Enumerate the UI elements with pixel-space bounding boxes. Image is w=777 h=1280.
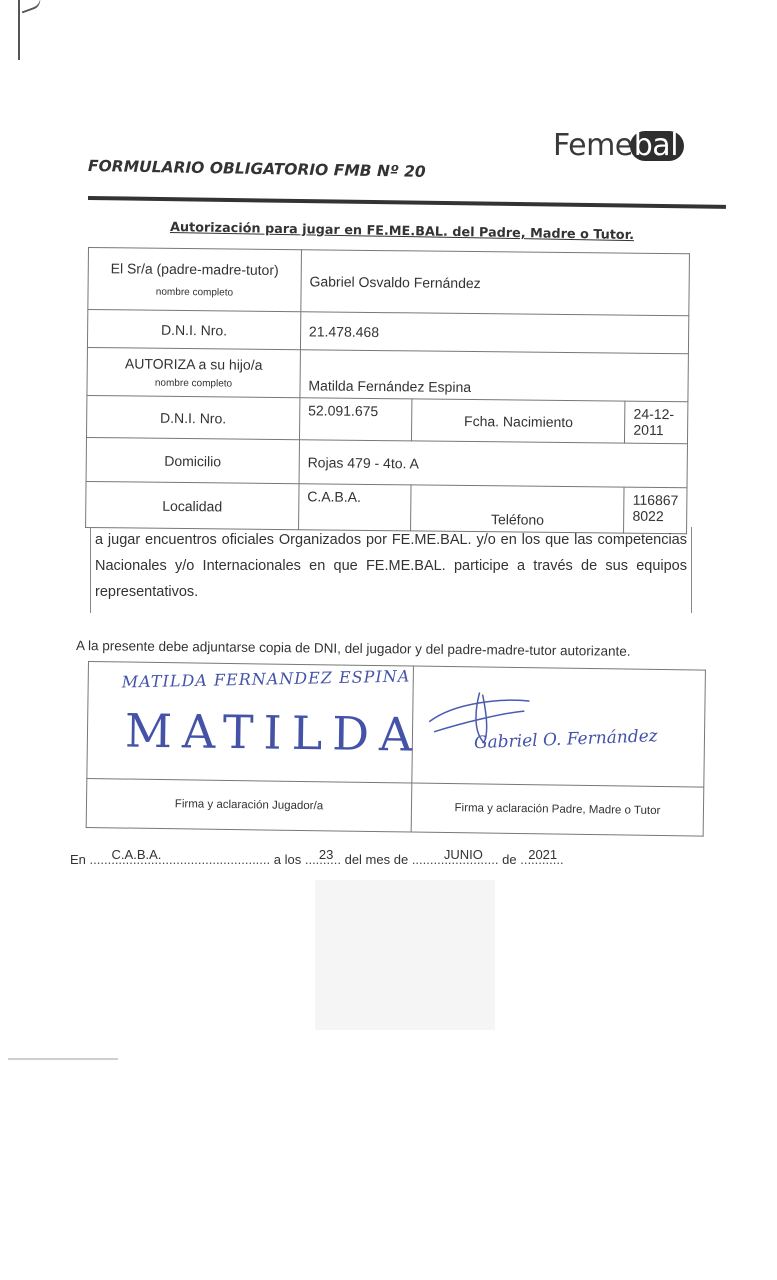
table-row: Localidad C.A.B.A. Teléfono 116867 8022 (86, 481, 687, 533)
player-signature-area: MATILDA FERNANDEZ ESPINA MATILDA (88, 663, 412, 781)
attachment-note: A la presente debe adjuntarse copia de D… (76, 638, 631, 659)
month-value: JUNIO (444, 847, 483, 862)
femebal-logo: Femebal (553, 128, 684, 163)
sublabel-text: nombre completo (96, 377, 292, 390)
locality-label: Localidad (86, 481, 299, 529)
address-label: Domicilio (86, 437, 299, 483)
child-dni-label: D.N.I. Nro. (87, 395, 300, 439)
authorization-table: El Sr/a (padre-madre-tutor) nombre compl… (85, 247, 690, 534)
guardian-signature-area: Gabriel O. Fernández (413, 668, 704, 786)
guardian-dni-label: D.N.I. Nro. (87, 310, 300, 350)
player-signature-caption: Firma y aclaración Jugador/a (86, 778, 412, 832)
title-divider (88, 196, 726, 209)
signature-row: MATILDA FERNANDEZ ESPINA MATILDA Gabriel… (87, 662, 706, 788)
scan-edge-mark (18, 0, 20, 60)
birthdate-label: Fcha. Nacimiento (412, 399, 625, 443)
guardian-signature-caption: Firma y aclaración Padre, Madre o Tutor (411, 783, 704, 836)
day-value: 23 (319, 847, 333, 862)
form-title: FORMULARIO OBLIGATORIO FMB Nº 20 (88, 157, 426, 181)
child-dni-value: 52.091.675 (299, 398, 412, 441)
child-name-label: AUTORIZA a su hijo/a nombre completo (87, 347, 300, 397)
address-value: Rojas 479 - 4to. A (299, 440, 688, 488)
month-label: del mes de (345, 852, 409, 867)
sublabel-text: nombre completo (96, 286, 292, 299)
player-signature-cell: MATILDA FERNANDEZ ESPINA MATILDA (87, 662, 414, 784)
authorization-paragraph: a jugar encuentros oficiales Organizados… (90, 527, 692, 613)
guardian-dni-value: 21.478.468 (300, 312, 689, 354)
table-row: Domicilio Rojas 479 - 4to. A (86, 437, 687, 487)
label-text: El Sr/a (padre-madre-tutor) (111, 260, 279, 278)
guardian-name-label: El Sr/a (padre-madre-tutor) nombre compl… (88, 248, 301, 312)
date-prefix: En (70, 852, 86, 867)
year-field: ............2021 (520, 852, 563, 867)
birthdate-value: 24-12-2011 (625, 401, 688, 444)
place-field: ........................................… (90, 852, 271, 867)
day-field: ..........23 (305, 852, 341, 867)
a-los-label: a los (274, 852, 301, 867)
year-value: 2021 (528, 847, 557, 862)
scan-shading (315, 880, 495, 1030)
locality-value: C.A.B.A. (298, 484, 411, 531)
year-label: de (502, 852, 516, 867)
scan-artifact-line (8, 1058, 118, 1060)
date-line: En .....................................… (70, 852, 564, 867)
phone-label: Teléfono (411, 485, 624, 533)
table-row: D.N.I. Nro. 52.091.675 Fcha. Nacimiento … (87, 395, 688, 443)
scan-corner-curl (19, 0, 43, 13)
month-field: ........................JUNIO (412, 852, 499, 867)
caption-row: Firma y aclaración Jugador/a Firma y acl… (86, 778, 704, 836)
logo-text-main: Feme (553, 128, 633, 163)
signature-table: MATILDA FERNANDEZ ESPINA MATILDA Gabriel… (86, 661, 706, 837)
logo-badge: bal (630, 131, 684, 161)
table-row: El Sr/a (padre-madre-tutor) nombre compl… (88, 248, 690, 316)
child-name-value: Matilda Fernández Espina (300, 350, 689, 402)
guardian-name-value: Gabriel Osvaldo Fernández (301, 250, 690, 316)
table-row: AUTORIZA a su hijo/a nombre completo Mat… (87, 347, 688, 401)
form-subtitle: Autorización para jugar en FE.ME.BAL. de… (170, 220, 634, 243)
place-value: C.A.B.A. (112, 847, 162, 862)
player-handwritten-name: MATILDA FERNANDEZ ESPINA (122, 666, 411, 691)
label-text: AUTORIZA a su hijo/a (125, 355, 263, 372)
guardian-signature-cell: Gabriel O. Fernández (412, 666, 706, 787)
table-row: D.N.I. Nro. 21.478.468 (87, 310, 688, 354)
player-signature: MATILDA (125, 704, 423, 762)
